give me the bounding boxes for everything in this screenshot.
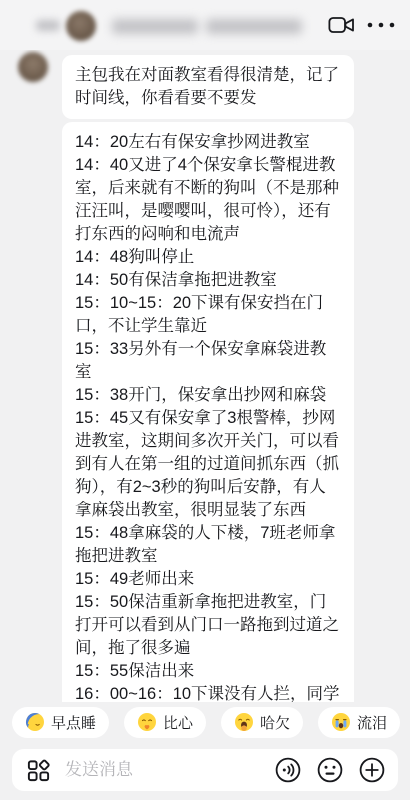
timeline-entry: 16：00~16：10下课没有人拦，同学都 [75,683,341,702]
blurred-left-text [36,20,60,31]
timeline-entry: 15：10~15：20下课有保安挡在门口，不让学生靠近 [75,292,341,338]
plus-icon [358,772,386,787]
timeline-entry: 14：48狗叫停止 [75,246,341,269]
sticker-chip-tears[interactable]: 流泪 [318,707,400,738]
sticker-chip-label: 比心 [163,712,193,733]
timeline-entry: 15：45又有保安拿了3根警棒，抄网进教室，这期间多次开关门，可以看到有人在第一… [75,407,341,522]
sticker-chip-label: 哈欠 [260,712,290,733]
message-bubble-intro[interactable]: 主包我在对面教室看得很清楚，记了时间线，你看看要不要发 [62,55,354,119]
attach-plus-button[interactable] [358,756,386,784]
sticker-bar: 早点睡比心哈欠流泪蜜蜂小 [12,706,410,738]
voice-message-button[interactable] [274,756,302,784]
message-list: 主包我在对面教室看得很清楚，记了时间线，你看看要不要发 14：20左右有保安拿抄… [0,50,410,702]
timeline-entry: 14：40又进了4个保安拿长警棍进教室，后来就有不断的狗叫（不是那种汪汪叫，是嘤… [75,154,341,246]
voice-wave-icon [274,772,302,787]
contact-name-blurred [112,19,198,34]
video-call-button[interactable] [328,15,355,35]
timeline-entry: 15：50保洁重新拿拖把进教室，门打开可以看到从门口一路拖到过道之间，拖了很多遍 [75,591,341,660]
timeline-entry: 15：33另外有一个保安拿麻袋进教室 [75,338,341,384]
sticker-chip-yawn[interactable]: 哈欠 [221,707,303,738]
message-input[interactable] [63,759,262,781]
app-grid-icon [26,771,51,786]
contact-avatar[interactable] [66,11,96,41]
smiley-icon [316,772,344,787]
sender-avatar[interactable] [18,52,48,82]
sleep-emoji [25,712,45,732]
input-bar-actions [274,756,386,784]
timeline-entry: 15：49老师出来 [75,568,341,591]
more-dots-icon [366,17,396,32]
more-options-button[interactable] [366,21,396,29]
sticker-chip-label: 流泪 [357,712,387,733]
sticker-chip-sleep-early[interactable]: 早点睡 [12,707,109,738]
contact-name-blurred-2 [206,19,302,34]
message-input-bar [12,749,398,791]
timeline-entry: 15：48拿麻袋的人下楼，7班老师拿拖把进教室 [75,522,341,568]
crying-emoji [331,712,351,732]
timeline-entry: 14：50有保洁拿拖把进教室 [75,269,341,292]
timeline-entry: 15：55保洁出来 [75,660,341,683]
heart-hands-emoji [137,712,157,732]
chat-screen: 主包我在对面教室看得很清楚，记了时间线，你看看要不要发 14：20左右有保安拿抄… [0,0,410,800]
timeline-entry: 15：38开门，保安拿出抄网和麻袋 [75,384,341,407]
sticker-chip-heart-hands[interactable]: 比心 [124,707,206,738]
long-message-text: 14：20左右有保安拿抄网进教室14：40又进了4个保安拿长警棍进教室，后来就有… [75,131,341,702]
yawn-emoji [234,712,254,732]
emoji-button[interactable] [316,756,344,784]
sticker-chip-label: 早点睡 [51,712,96,733]
message-bubble-timeline[interactable]: 14：20左右有保安拿抄网进教室14：40又进了4个保安拿长警棍进教室，后来就有… [62,122,354,702]
video-camera-icon [328,23,355,38]
timeline-entry: 14：20左右有保安拿抄网进教室 [75,131,341,154]
panel-grid-button[interactable] [26,758,51,783]
chat-header [0,0,410,50]
